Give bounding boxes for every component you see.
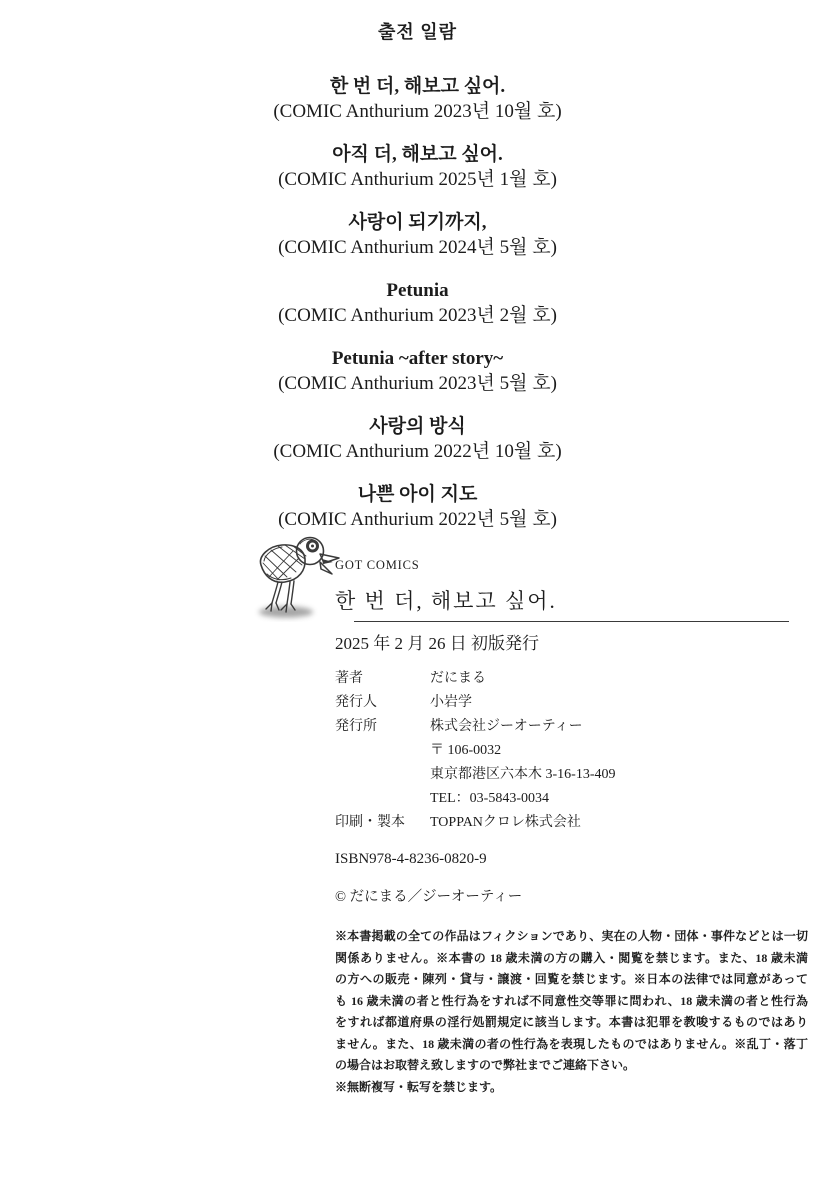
book-title: 한 번 더, 해보고 싶어. (335, 588, 808, 614)
detail-row-publisher: 発行所 株式会社ジーオーティー (335, 715, 808, 739)
publication-details: 著者 だにまる 発行人 小岩学 発行所 株式会社ジーオーティー 〒 106-00… (335, 667, 808, 835)
source-list-heading: 출전 일람 (0, 21, 835, 43)
detail-label (335, 787, 430, 811)
source-entry: 나쁜 아이 지도 (COMIC Anthurium 2022년 5월 호) (0, 482, 835, 532)
detail-value: だにまる (430, 667, 808, 691)
detail-label: 発行所 (335, 715, 430, 739)
colophon-page: 출전 일람 한 번 더, 해보고 싶어. (COMIC Anthurium 20… (0, 0, 835, 1185)
source-title: 사랑의 방식 (0, 414, 835, 439)
source-entry: 사랑이 되기까지, (COMIC Anthurium 2024년 5월 호) (0, 210, 835, 260)
source-citation: (COMIC Anthurium 2023년 5월 호) (0, 371, 835, 396)
detail-row-printer: 印刷・製本 TOPPANクロレ株式会社 (335, 811, 808, 835)
source-title: Petunia (0, 278, 835, 303)
source-title: 사랑이 되기까지, (0, 210, 835, 235)
detail-label: 印刷・製本 (335, 811, 430, 835)
detail-row-author: 著者 だにまる (335, 667, 808, 691)
detail-row-address: 東京都港区六本木 3-16-13-409 (335, 763, 808, 787)
source-entry: Petunia ~after story~ (COMIC Anthurium 2… (0, 346, 835, 396)
disclaimer-line: をすれば都道府県の淫行処罰規定に該当します。本書は犯罪を教唆するものではあり (335, 1012, 808, 1034)
detail-row-tel: TEL：03-5843-0034 (335, 787, 808, 811)
detail-row-issuer: 発行人 小岩学 (335, 691, 808, 715)
source-list-section: 출전 일람 한 번 더, 해보고 싶어. (COMIC Anthurium 20… (0, 0, 835, 550)
copyright-line: © だにまる／ジーオーティー (335, 889, 808, 906)
detail-value: TOPPANクロレ株式会社 (430, 811, 808, 835)
publisher-block: GOT COMICS 한 번 더, 해보고 싶어. 2025 年 2 月 26 … (335, 558, 808, 1098)
source-citation: (COMIC Anthurium 2023년 10월 호) (0, 99, 835, 124)
source-title: 아직 더, 해보고 싶어. (0, 142, 835, 167)
disclaimer-line: の場合はお取替え致しますので弊社までご連絡下さい。 (335, 1055, 808, 1077)
source-title: 나쁜 아이 지도 (0, 482, 835, 507)
source-entry: 사랑의 방식 (COMIC Anthurium 2022년 10월 호) (0, 414, 835, 464)
disclaimer-line: も 16 歳未満の者と性行為をすれば不同意性交等罪に問われ、18 歳未満の者と性… (335, 991, 808, 1013)
source-citation: (COMIC Anthurium 2022년 5월 호) (0, 507, 835, 532)
source-entry: Petunia (COMIC Anthurium 2023년 2월 호) (0, 278, 835, 328)
source-list: 한 번 더, 해보고 싶어. (COMIC Anthurium 2023년 10… (0, 74, 835, 532)
source-citation: (COMIC Anthurium 2025년 1월 호) (0, 167, 835, 192)
detail-value: 株式会社ジーオーティー (430, 715, 808, 739)
disclaimer-block: ※本書掲載の全ての作品はフィクションであり、実在の人物・団体・事件などとは一切 … (335, 926, 808, 1098)
isbn: ISBN978-4-8236-0820-9 (335, 851, 808, 868)
source-citation: (COMIC Anthurium 2024년 5월 호) (0, 235, 835, 260)
disclaimer-line: 関係ありません。※本書の 18 歳未満の方の購入・閲覧を禁じます。また、18 歳… (335, 948, 808, 970)
detail-label: 著者 (335, 667, 430, 691)
detail-value: 〒 106-0032 (430, 739, 808, 763)
source-citation: (COMIC Anthurium 2023년 2월 호) (0, 303, 835, 328)
disclaimer-line: の方への販売・陳列・貸与・譲渡・回覧を禁じます。※日本の法律では同意があって (335, 969, 808, 991)
bird-doodle-logo-icon (249, 532, 344, 622)
disclaimer-line: ※無断複写・転写を禁じます。 (335, 1077, 808, 1099)
detail-value: 小岩学 (430, 691, 808, 715)
source-entry: 한 번 더, 해보고 싶어. (COMIC Anthurium 2023년 10… (0, 74, 835, 124)
source-citation: (COMIC Anthurium 2022년 10월 호) (0, 439, 835, 464)
source-entry: 아직 더, 해보고 싶어. (COMIC Anthurium 2025년 1월 … (0, 142, 835, 192)
source-title: Petunia ~after story~ (0, 346, 835, 371)
disclaimer-line: ※本書掲載の全ての作品はフィクションであり、実在の人物・団体・事件などとは一切 (335, 926, 808, 948)
divider-rule (354, 621, 789, 622)
detail-label (335, 739, 430, 763)
imprint-label: GOT COMICS (335, 558, 808, 572)
edition-date: 2025 年 2 月 26 日 初版発行 (335, 634, 808, 654)
source-title: 한 번 더, 해보고 싶어. (0, 74, 835, 99)
detail-value: 東京都港区六本木 3-16-13-409 (430, 763, 808, 787)
detail-row-postal: 〒 106-0032 (335, 739, 808, 763)
detail-label (335, 763, 430, 787)
disclaimer-line: ません。また、18 歳未満の者の性行為を表現したものではありません。※乱丁・落丁 (335, 1034, 808, 1056)
detail-value: TEL：03-5843-0034 (430, 787, 808, 811)
detail-label: 発行人 (335, 691, 430, 715)
